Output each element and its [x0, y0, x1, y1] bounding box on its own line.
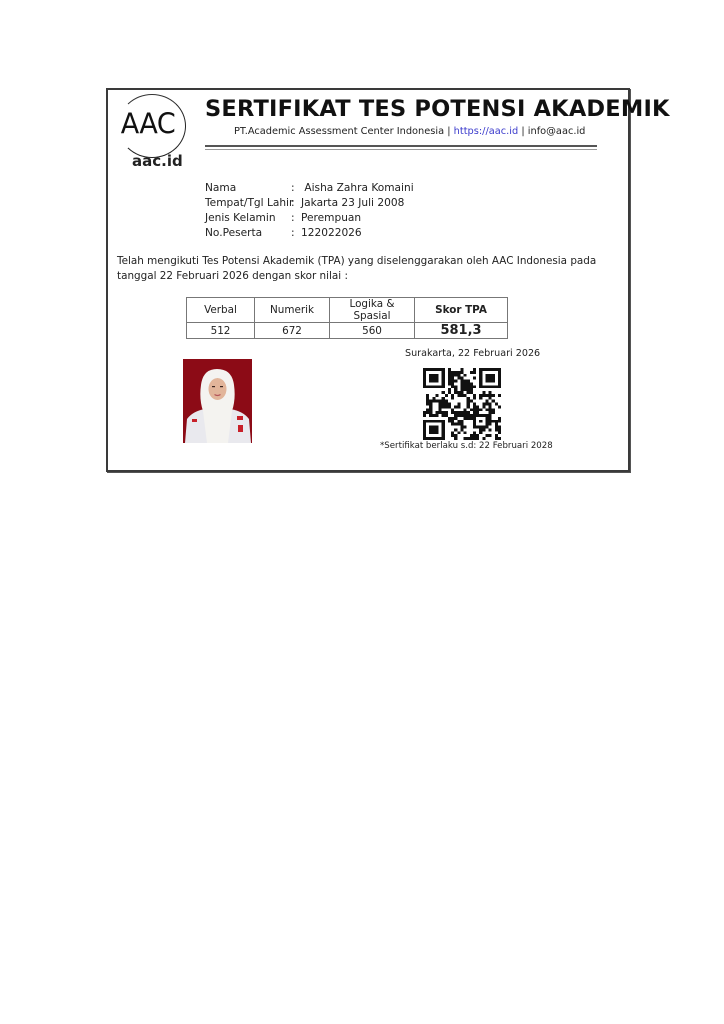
- detail-label: Jenis Kelamin: [205, 211, 291, 226]
- logo-text: AAC: [118, 108, 178, 141]
- detail-label: No.Peserta: [205, 226, 291, 241]
- participant-details: Nama : Aisha Zahra Komaini Tempat/Tgl La…: [205, 181, 414, 241]
- detail-separator: :: [291, 181, 301, 196]
- certificate-title: SERTIFIKAT TES POTENSI AKADEMIK: [205, 96, 670, 122]
- separator: |: [444, 126, 454, 137]
- score-logika: 560: [330, 323, 415, 339]
- detail-value: Jakarta 23 Juli 2008: [301, 196, 404, 211]
- qr-code-icon: [423, 368, 501, 440]
- score-table: Verbal Numerik Logika & Spasial Skor TPA…: [186, 297, 508, 339]
- score-value-row: 512 672 560 581,3: [187, 323, 508, 339]
- detail-label: Nama: [205, 181, 291, 196]
- score-header-row: Verbal Numerik Logika & Spasial Skor TPA: [187, 298, 508, 323]
- detail-row-gender: Jenis Kelamin : Perempuan: [205, 211, 414, 226]
- company-name: PT.Academic Assessment Center Indonesia: [234, 126, 444, 137]
- place-date: Surakarta, 22 Februari 2026: [405, 348, 540, 359]
- detail-row-birth: Tempat/Tgl Lahir : Jakarta 23 Juli 2008: [205, 196, 414, 211]
- score-total: 581,3: [415, 323, 508, 339]
- separator: |: [518, 126, 528, 137]
- participant-photo: [183, 359, 252, 443]
- certificate: AAC aac.id SERTIFIKAT TES POTENSI AKADEM…: [106, 88, 630, 472]
- score-verbal: 512: [187, 323, 255, 339]
- portrait-image: [183, 359, 252, 443]
- detail-separator: :: [291, 211, 301, 226]
- validity-note: *Sertifikat berlaku s.d: 22 Februari 202…: [380, 441, 553, 451]
- company-info: PT.Academic Assessment Center Indonesia …: [234, 126, 585, 137]
- logo-domain: aac.id: [132, 152, 183, 170]
- email-text: info@aac.id: [528, 126, 586, 137]
- statement-text: Telah mengikuti Tes Potensi Akademik (TP…: [117, 254, 622, 284]
- website-link[interactable]: https://aac.id: [454, 126, 519, 137]
- detail-value: Aisha Zahra Komaini: [301, 181, 414, 196]
- detail-label: Tempat/Tgl Lahir: [205, 196, 291, 211]
- detail-value: Perempuan: [301, 211, 361, 226]
- detail-row-number: No.Peserta : 122022026: [205, 226, 414, 241]
- detail-value: 122022026: [301, 226, 362, 241]
- header-divider: [205, 145, 597, 150]
- score-header-logika: Logika & Spasial: [330, 298, 415, 323]
- score-header-verbal: Verbal: [187, 298, 255, 323]
- detail-separator: :: [291, 196, 301, 211]
- detail-row-name: Nama : Aisha Zahra Komaini: [205, 181, 414, 196]
- score-header-total: Skor TPA: [415, 298, 508, 323]
- score-numerik: 672: [255, 323, 330, 339]
- score-header-numerik: Numerik: [255, 298, 330, 323]
- detail-separator: :: [291, 226, 301, 241]
